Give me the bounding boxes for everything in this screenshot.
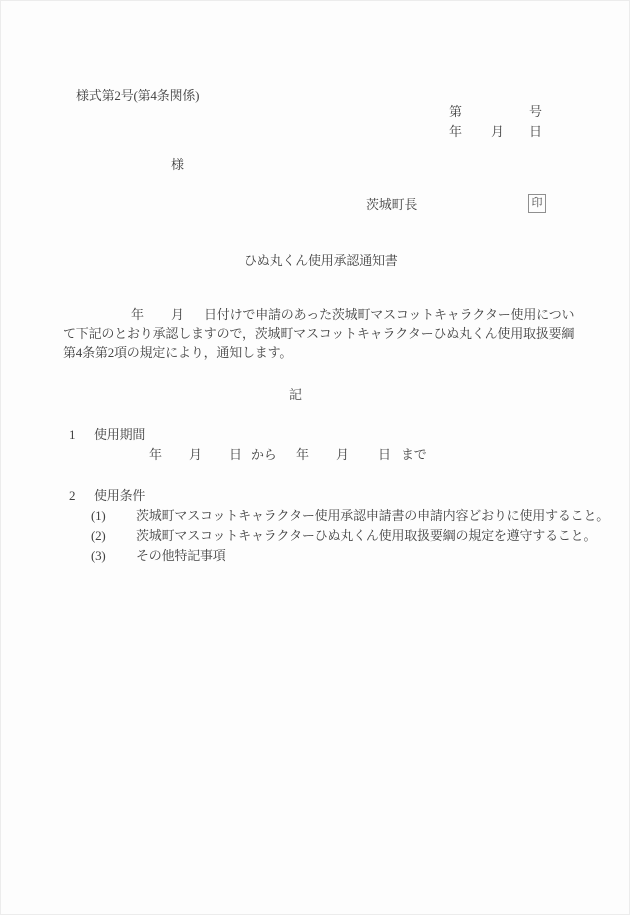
condition-2-text: 茨城町マスコットキャラクターひぬ丸くん使用取扱要綱の規定を遵守すること。 xyxy=(136,528,596,543)
mayor-seal-stamp: 印 xyxy=(528,194,546,213)
period-to-suffix: まで xyxy=(401,447,427,462)
section-1-number: 1 xyxy=(69,427,75,442)
period-from-day-label: 日 xyxy=(229,447,242,462)
condition-1-label: (1) xyxy=(91,508,106,523)
condition-3-text: その他特記事項 xyxy=(136,548,226,563)
section-2-title: 使用条件 xyxy=(94,488,145,503)
body-line-2: て下記のとおり承認しますので，茨城町マスコットキャラクターひぬ丸くん使用取扱要綱 xyxy=(63,326,574,341)
body-line-1: 日付けで申請のあった茨城町マスコットキャラクター使用につい xyxy=(204,307,574,322)
doc-number-prefix: 第 xyxy=(449,104,462,119)
header-date-month-label: 月 xyxy=(491,124,504,139)
body-date-year-label: 年 xyxy=(131,307,144,322)
period-to-year-label: 年 xyxy=(296,447,309,462)
body-line-3: 第4条第2項の規定により，通知します。 xyxy=(63,345,292,360)
period-from-suffix: から xyxy=(251,447,277,462)
mayor-title: 茨城町長 xyxy=(366,197,417,212)
period-from-year-label: 年 xyxy=(149,447,162,462)
period-from-month-label: 月 xyxy=(189,447,202,462)
document-title: ひぬ丸くん使用承認通知書 xyxy=(244,253,398,268)
period-to-day-label: 日 xyxy=(378,447,391,462)
period-to-month-label: 月 xyxy=(336,447,349,462)
notice-marker: 記 xyxy=(289,387,302,402)
section-1-title: 使用期間 xyxy=(94,427,145,442)
form-number: 様式第2号(第4条関係) xyxy=(76,88,199,103)
body-date-month-label: 月 xyxy=(171,307,184,322)
doc-number-suffix: 号 xyxy=(529,104,542,119)
addressee-honorific: 様 xyxy=(171,157,184,172)
header-date-day-label: 日 xyxy=(529,124,542,139)
header-date-year-label: 年 xyxy=(449,124,462,139)
document-page: 様式第2号(第4条関係) 第 号 年 月 日 様 茨城町長 印 ひぬ丸くん使用承… xyxy=(0,0,630,915)
condition-2-label: (2) xyxy=(91,528,106,543)
condition-3-label: (3) xyxy=(91,548,106,563)
condition-1-text: 茨城町マスコットキャラクター使用承認申請書の申請内容どおりに使用すること。 xyxy=(136,508,609,523)
section-2-number: 2 xyxy=(69,488,75,503)
